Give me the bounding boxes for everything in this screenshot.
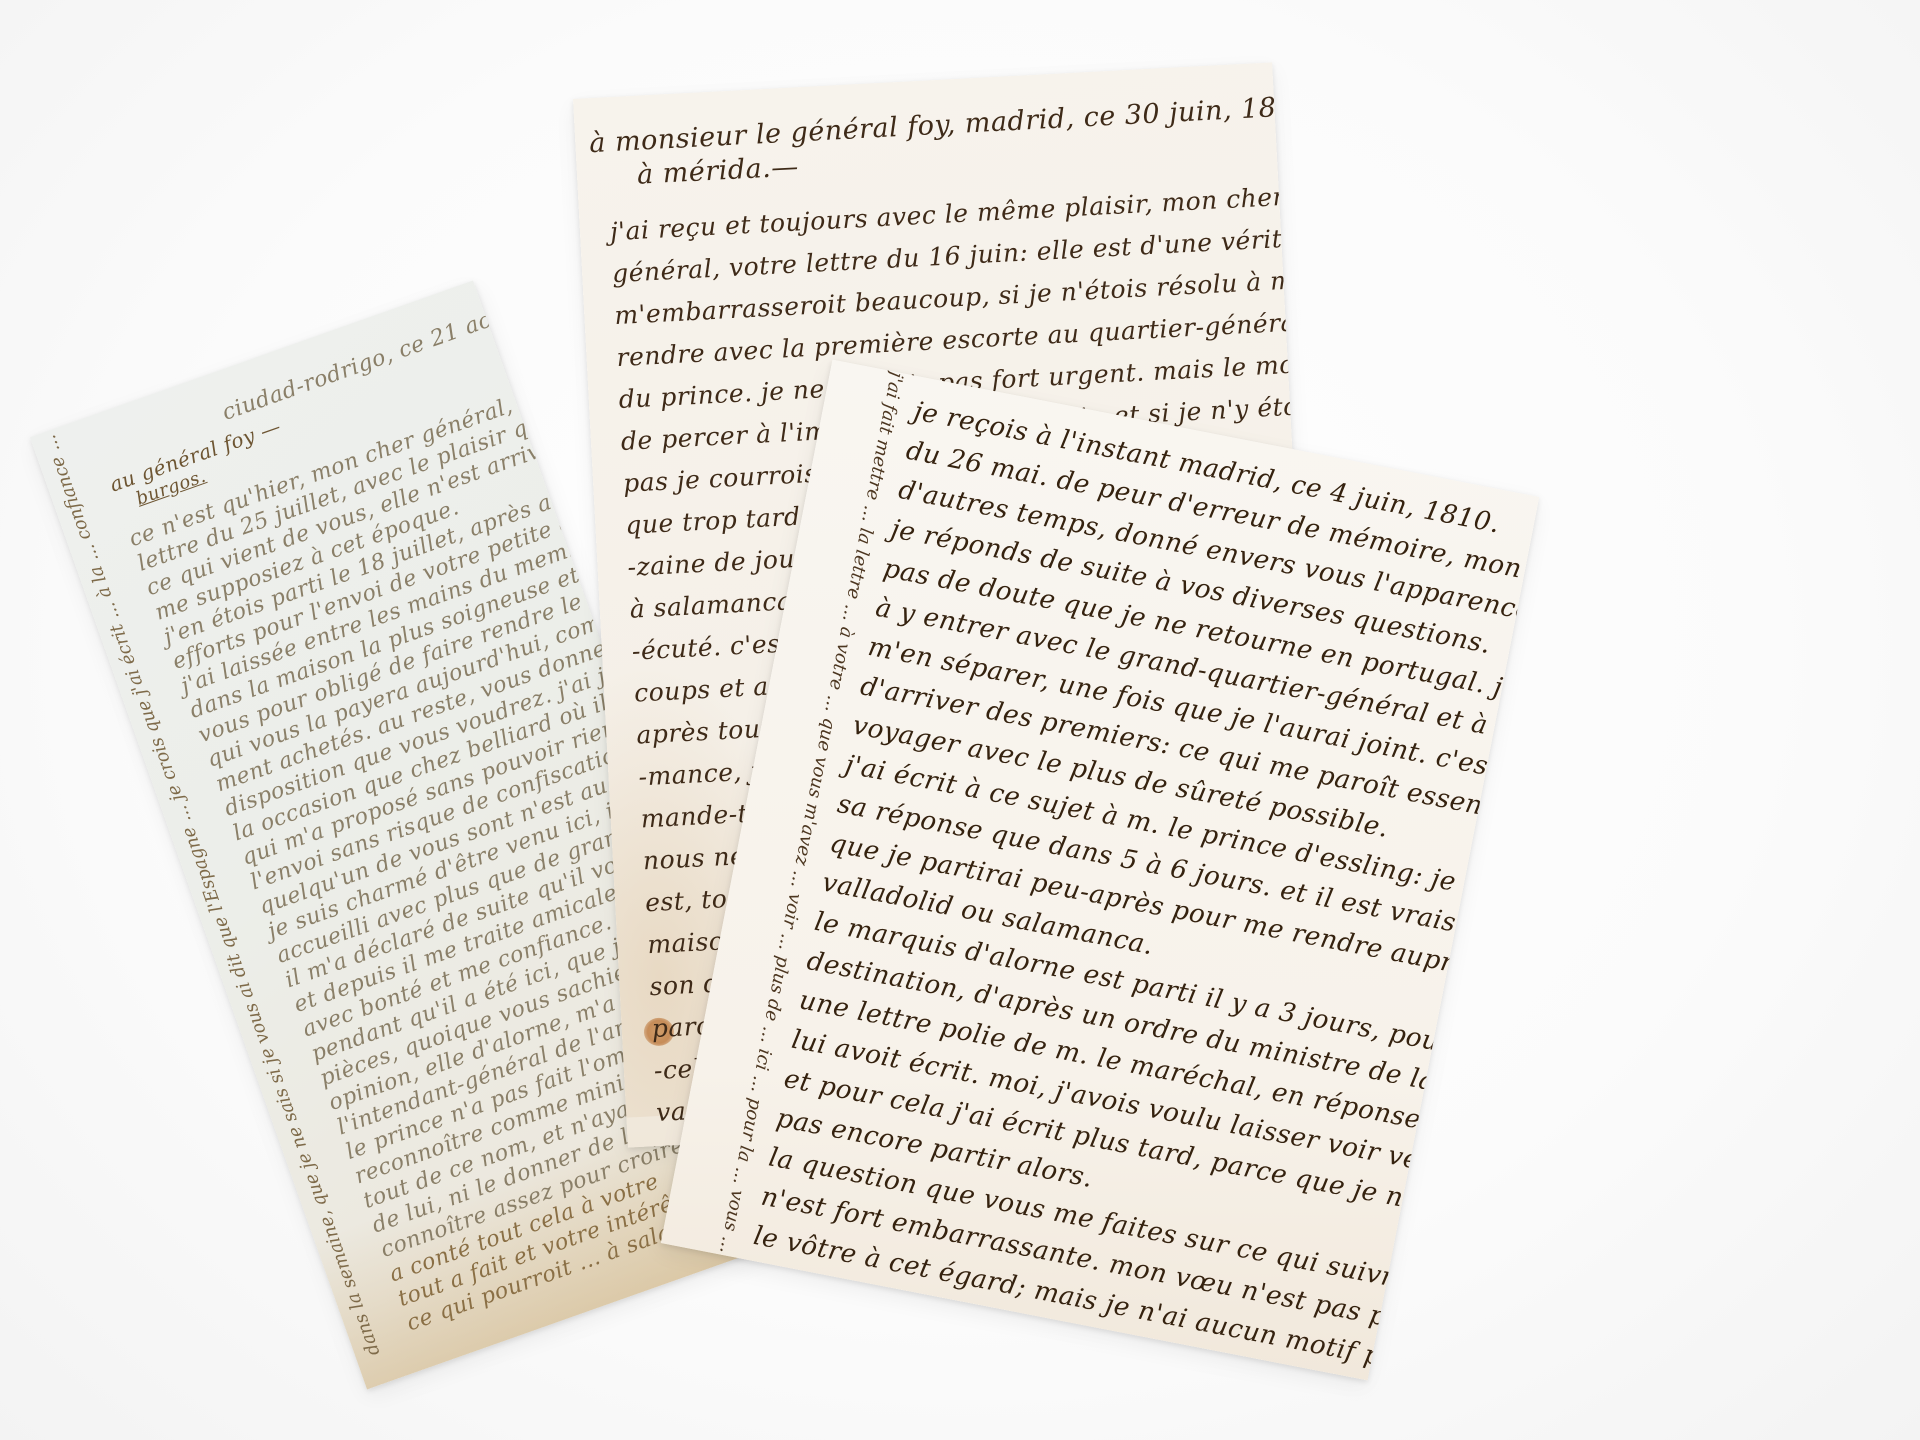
photo-scene: dans la semaine, que je ne sais si je vo…: [0, 0, 1920, 1440]
letter-place-date: ciudad-rodrigo, ce 21 aout, 1810.: [219, 281, 594, 426]
letter-line: n'est fort embarrassante. mon vœu n'est …: [759, 1182, 1540, 1374]
letter-address-line2: à mérida.—: [636, 151, 799, 190]
letter-line: va: [655, 1097, 687, 1128]
letter-place-date: madrid, ce 30 juin, 1810.—: [964, 88, 1327, 139]
letter-line: nous ne: [642, 841, 746, 875]
